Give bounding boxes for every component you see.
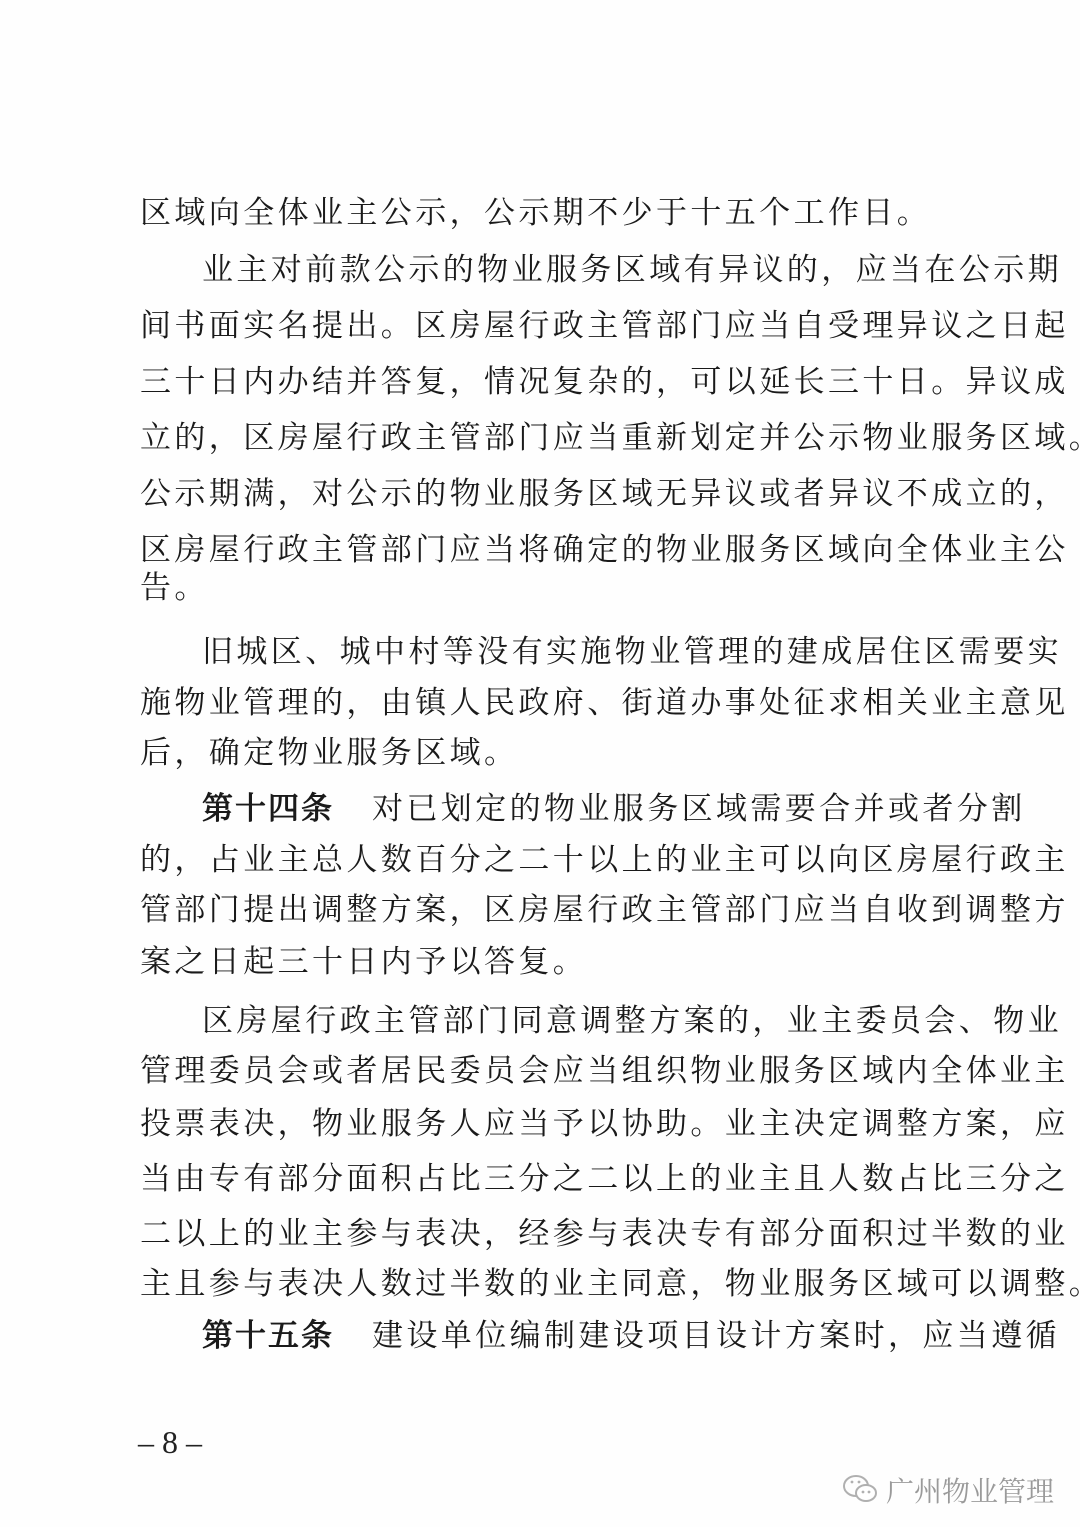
paragraph-line: 业主对前款公示的物业服务区域有异议的，应当在公示期 [202,250,940,290]
watermark-text: 广州物业管理 [886,1470,1054,1510]
article-15-line: 第十五条建设单位编制建设项目设计方案时，应当遵循 [202,1316,940,1356]
page-number: – 8 – [138,1424,202,1461]
paragraph-line: 二以上的业主参与表决，经参与表决专有部分面积过半数的业 [140,1214,940,1254]
article-heading: 第十四条 [202,791,334,827]
article-text: 对已划定的物业服务区域需要合并或者分割 [372,791,1026,827]
article-text: 建设单位编制建设项目设计方案时，应当遵循 [372,1318,1060,1354]
paragraph-line: 管部门提出调整方案，区房屋行政主管部门应当自收到调整方 [140,890,940,930]
article-14-line: 第十四条对已划定的物业服务区域需要合并或者分割 [202,789,940,829]
paragraph-line: 管理委员会或者居民委员会应当组织物业服务区域内全体业主 [140,1051,940,1091]
paragraph-line: 区房屋行政主管部门同意调整方案的，业主委员会、物业 [202,1001,940,1041]
wechat-icon [842,1473,880,1507]
paragraph-line: 的，占业主总人数百分之二十以上的业主可以向区房屋行政主 [140,840,940,880]
paragraph-line: 三十日内办结并答复，情况复杂的，可以延长三十日。异议成 [140,362,940,402]
paragraph-line: 立的，区房屋行政主管部门应当重新划定并公示物业服务区域。 [140,418,940,458]
watermark: 广州物业管理 [842,1470,1054,1510]
paragraph-line: 后，确定物业服务区域。 [140,733,940,773]
paragraph-line: 区域向全体业主公示，公示期不少于十五个工作日。 [140,193,940,233]
paragraph-line: 公示期满，对公示的物业服务区域无异议或者异议不成立的， [140,474,940,514]
paragraph-line: 当由专有部分面积占比三分之二以上的业主且人数占比三分之 [140,1159,940,1199]
paragraph-line: 区房屋行政主管部门应当将确定的物业服务区域向全体业主公 [140,530,940,570]
paragraph-line: 施物业管理的，由镇人民政府、街道办事处征求相关业主意见 [140,683,940,723]
document-page: 区域向全体业主公示，公示期不少于十五个工作日。 业主对前款公示的物业服务区域有异… [0,0,1080,1527]
article-heading: 第十五条 [202,1318,334,1354]
paragraph-line: 旧城区、城中村等没有实施物业管理的建成居住区需要实 [202,632,940,672]
paragraph-line: 间书面实名提出。区房屋行政主管部门应当自受理异议之日起 [140,306,940,346]
paragraph-line: 主且参与表决人数过半数的业主同意，物业服务区域可以调整。 [140,1264,940,1304]
paragraph-line: 投票表决，物业服务人应当予以协助。业主决定调整方案，应 [140,1104,940,1144]
paragraph-line: 告。 [140,568,940,608]
paragraph-line: 案之日起三十日内予以答复。 [140,942,940,982]
